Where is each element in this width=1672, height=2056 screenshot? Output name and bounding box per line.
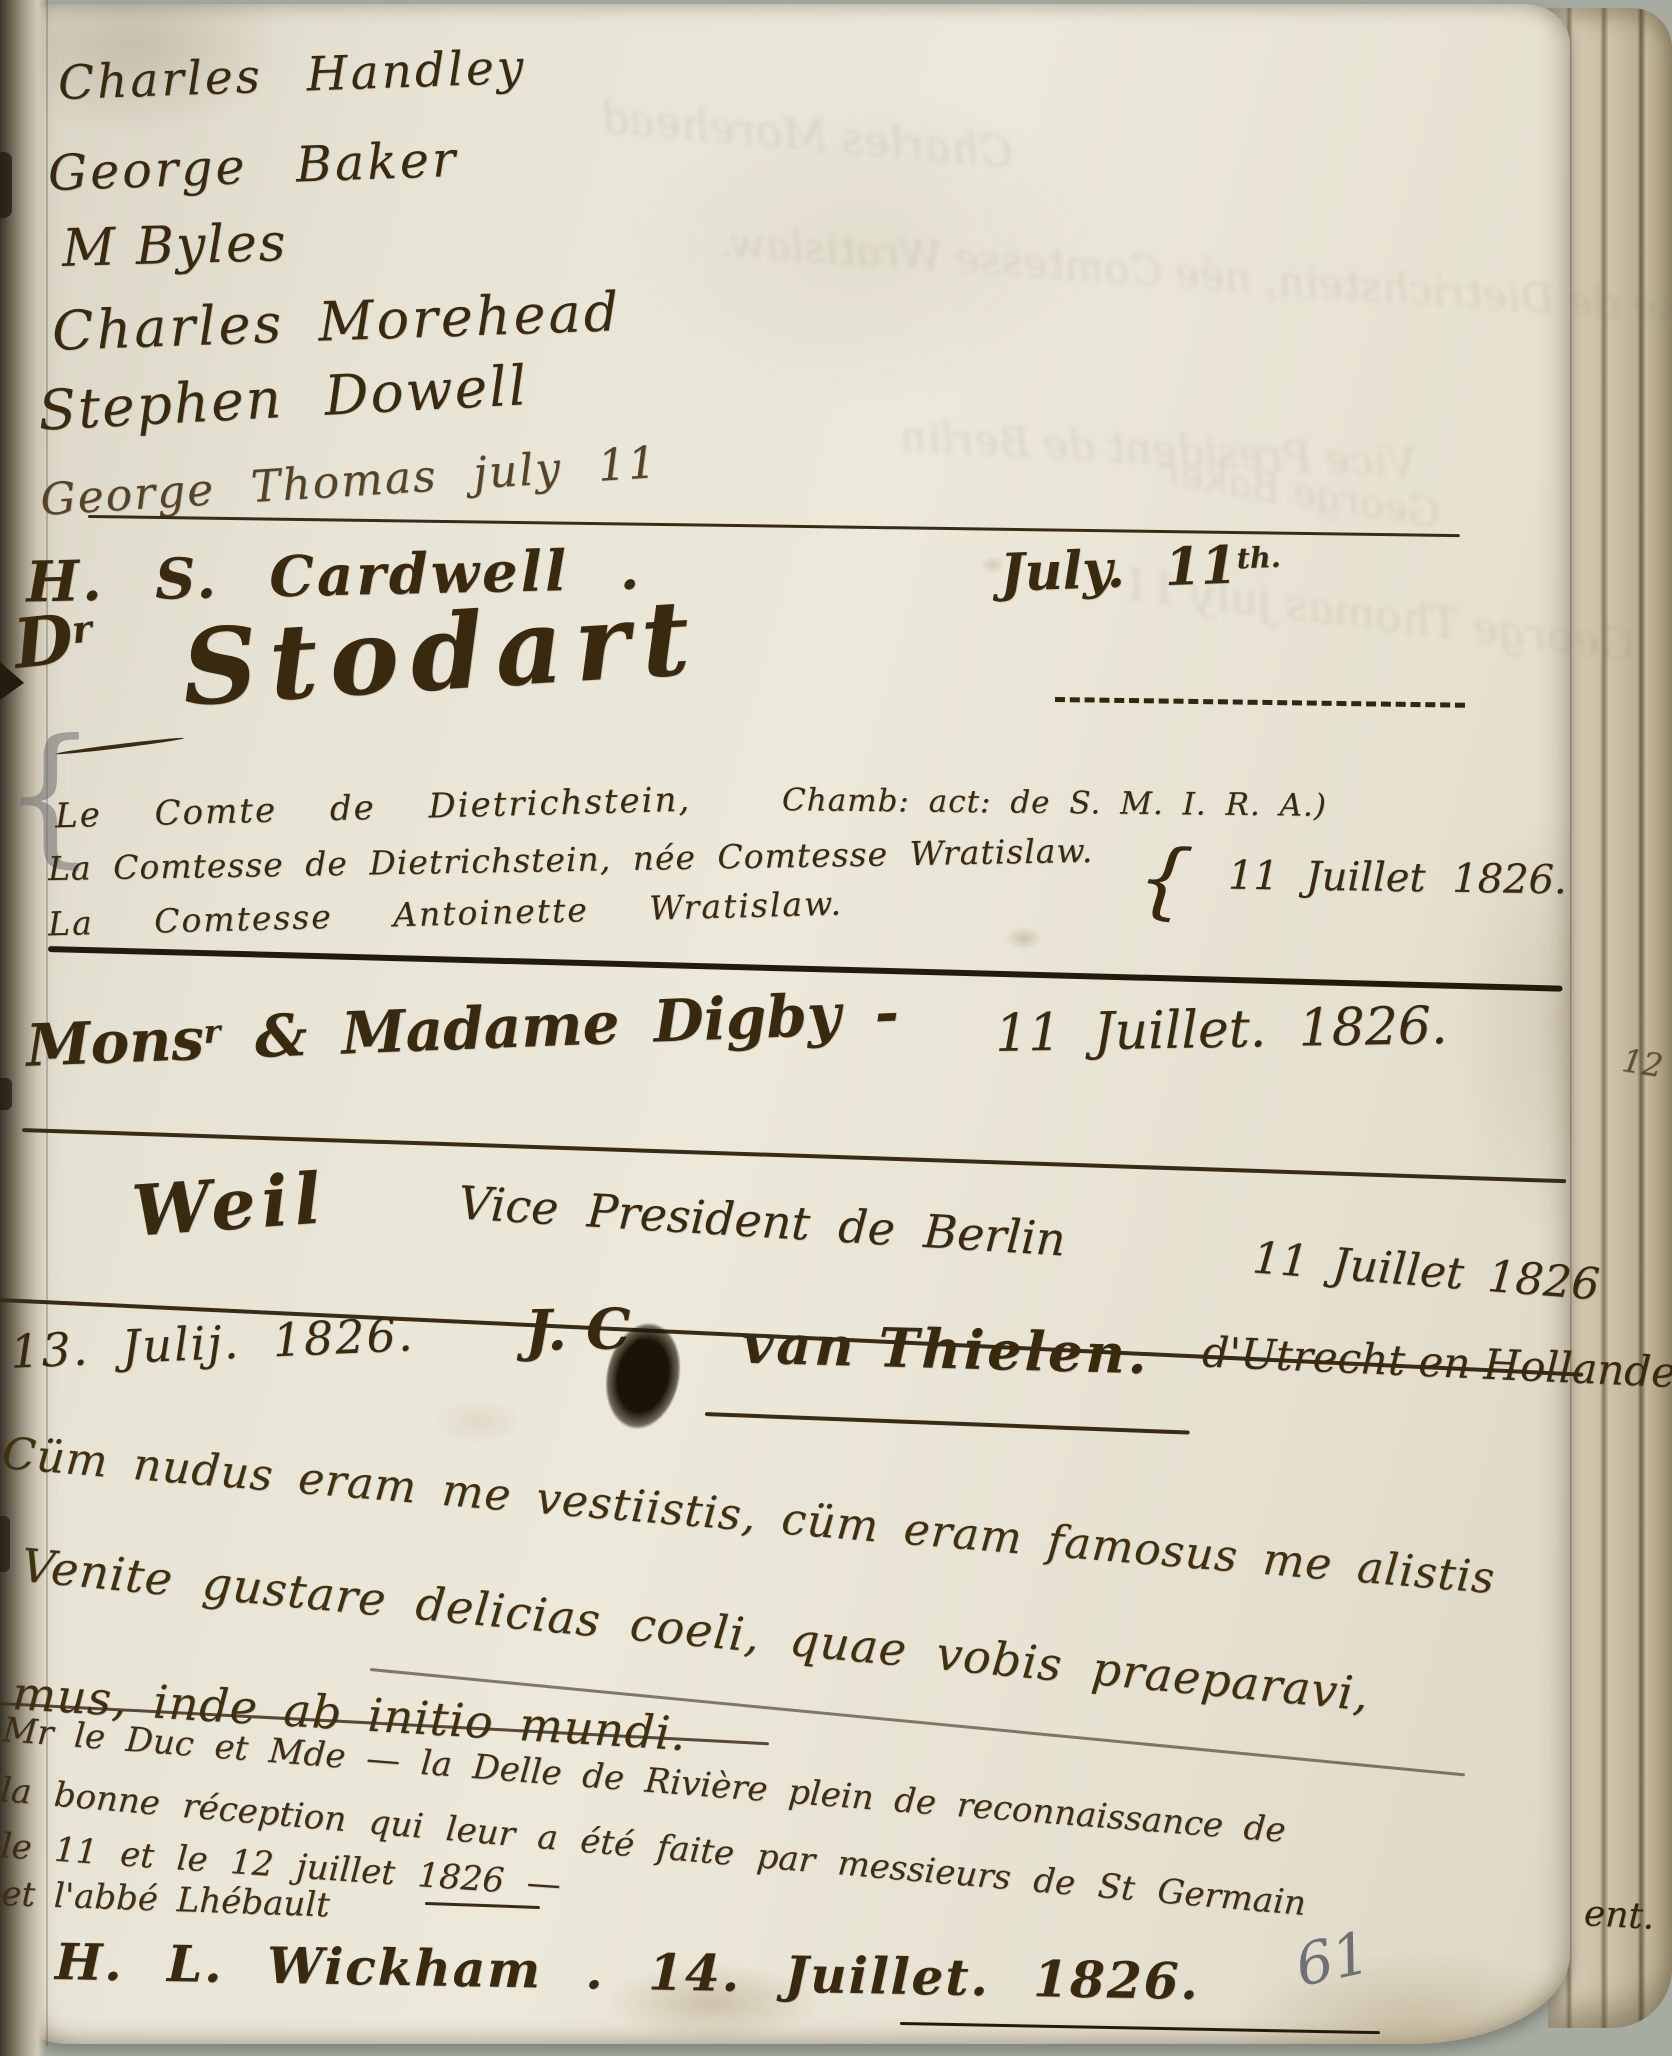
entry-date: July. 11th. bbox=[999, 535, 1282, 602]
edge-fragment: 12 bbox=[1619, 1043, 1665, 1084]
edge-fragment: ent. bbox=[1583, 1894, 1655, 1937]
title-letter: D bbox=[10, 599, 77, 685]
entry-comte-role: Chamb: act: de S. M. I. R. A.) bbox=[782, 783, 1327, 823]
title-doctor: Dr bbox=[10, 600, 96, 683]
ink-rule-short bbox=[900, 2022, 1380, 2034]
ink-rule bbox=[88, 515, 1460, 537]
name-text: & Madame Digby - bbox=[219, 978, 900, 1072]
date-ordinal: th. bbox=[1236, 540, 1281, 576]
name-underline bbox=[705, 1412, 1190, 1435]
signature: Charles Handley bbox=[57, 42, 527, 110]
entry-comtesse-antoinette: La Comtesse Antoinette Wratislaw. bbox=[48, 886, 844, 943]
ink-brace: { bbox=[1133, 827, 1196, 930]
signature: George Baker bbox=[47, 133, 459, 201]
french-line: et l'abbé Lhébault bbox=[1, 1876, 331, 1925]
entry-date: 13. Julij. 1826. bbox=[9, 1309, 415, 1377]
signature: Stephen Dowell bbox=[37, 355, 530, 441]
signature-stodart: Stodart bbox=[179, 580, 704, 726]
entry-comte-dietrichstein: Le Comte de Dietrichstein, bbox=[55, 782, 692, 836]
page-content: Charles Morehead La Comtesse de Dietrich… bbox=[0, 0, 1672, 2056]
dashed-rule bbox=[1055, 697, 1465, 708]
signature-van-thielen: van Thielen. bbox=[741, 1315, 1150, 1385]
name-text: Mons bbox=[25, 1005, 205, 1080]
manuscript-scan: Charles Morehead La Comtesse de Dietrich… bbox=[0, 0, 1672, 2056]
edge-ink-mark bbox=[0, 1516, 10, 1572]
date-text: July. 11 bbox=[999, 535, 1238, 604]
edge-ink-mark bbox=[0, 1078, 12, 1110]
entry-date: 11 Juillet 1826 bbox=[1251, 1234, 1602, 1310]
signature-wickham: H. L. Wickham . 14. Juillet. 1826. bbox=[55, 1934, 1201, 2009]
signature: George Thomas july 11 bbox=[39, 439, 659, 525]
bleed-through-text: La Comtesse de Dietrichstein, née Comtes… bbox=[720, 217, 1672, 349]
signature: M Byles bbox=[61, 215, 288, 278]
name-sup: r bbox=[203, 1012, 221, 1051]
entry-title: Vice President de Berlin bbox=[457, 1177, 1067, 1265]
entry-date: 11 Juillet. 1826. bbox=[995, 998, 1448, 1063]
edge-ink-mark bbox=[0, 152, 12, 218]
entry-origin: d'Utrecht en Hollande. bbox=[1201, 1329, 1672, 1396]
title-sup: r bbox=[70, 606, 94, 652]
signature-digby: Monsr & Madame Digby - bbox=[25, 981, 900, 1078]
entry-comtesse-dietrichstein: La Comtesse de Dietrichstein, née Comtes… bbox=[48, 833, 1094, 888]
date-underline bbox=[425, 1902, 540, 1909]
signature: Charles Morehead bbox=[51, 282, 622, 361]
signature-weil: Weil bbox=[130, 1159, 330, 1249]
entry-date: 11 Juillet 1826. bbox=[1228, 854, 1567, 903]
folio-number: 61 bbox=[1290, 1921, 1375, 1999]
bleed-through-text: Charles Morehead bbox=[599, 92, 1015, 179]
